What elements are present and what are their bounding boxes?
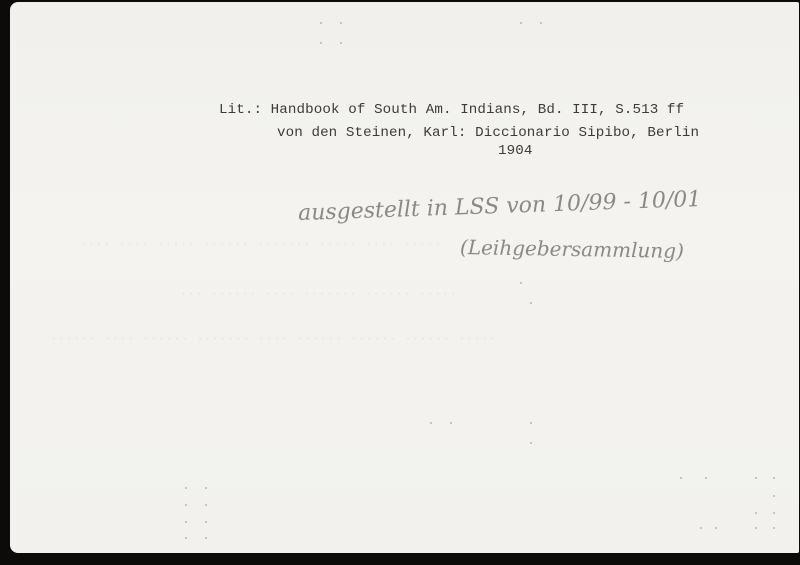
literature-reference-line-1: Lit.: Handbook of South Am. Indians, Bd.… <box>219 102 684 118</box>
bleed-through-text: ······ ···· ······ ······· ···· ······ ·… <box>50 332 497 346</box>
handwritten-collection-note: (Leihgebersammlung) <box>460 235 684 263</box>
bleed-through-text: ···· ···· ····· ······ ······· ····· ···… <box>80 237 442 251</box>
archive-card: ···· ···· ····· ······ ······· ····· ···… <box>10 2 799 553</box>
literature-reference-year: 1904 <box>498 143 532 159</box>
handwritten-exhibition-note: ausgestellt in LSS von 10/99 - 10/01 <box>298 187 702 226</box>
bleed-through-text: ··· ······ ···· ······· ······ ····· <box>180 287 457 301</box>
literature-reference-line-2: von den Steinen, Karl: Diccionario Sipib… <box>277 125 699 141</box>
